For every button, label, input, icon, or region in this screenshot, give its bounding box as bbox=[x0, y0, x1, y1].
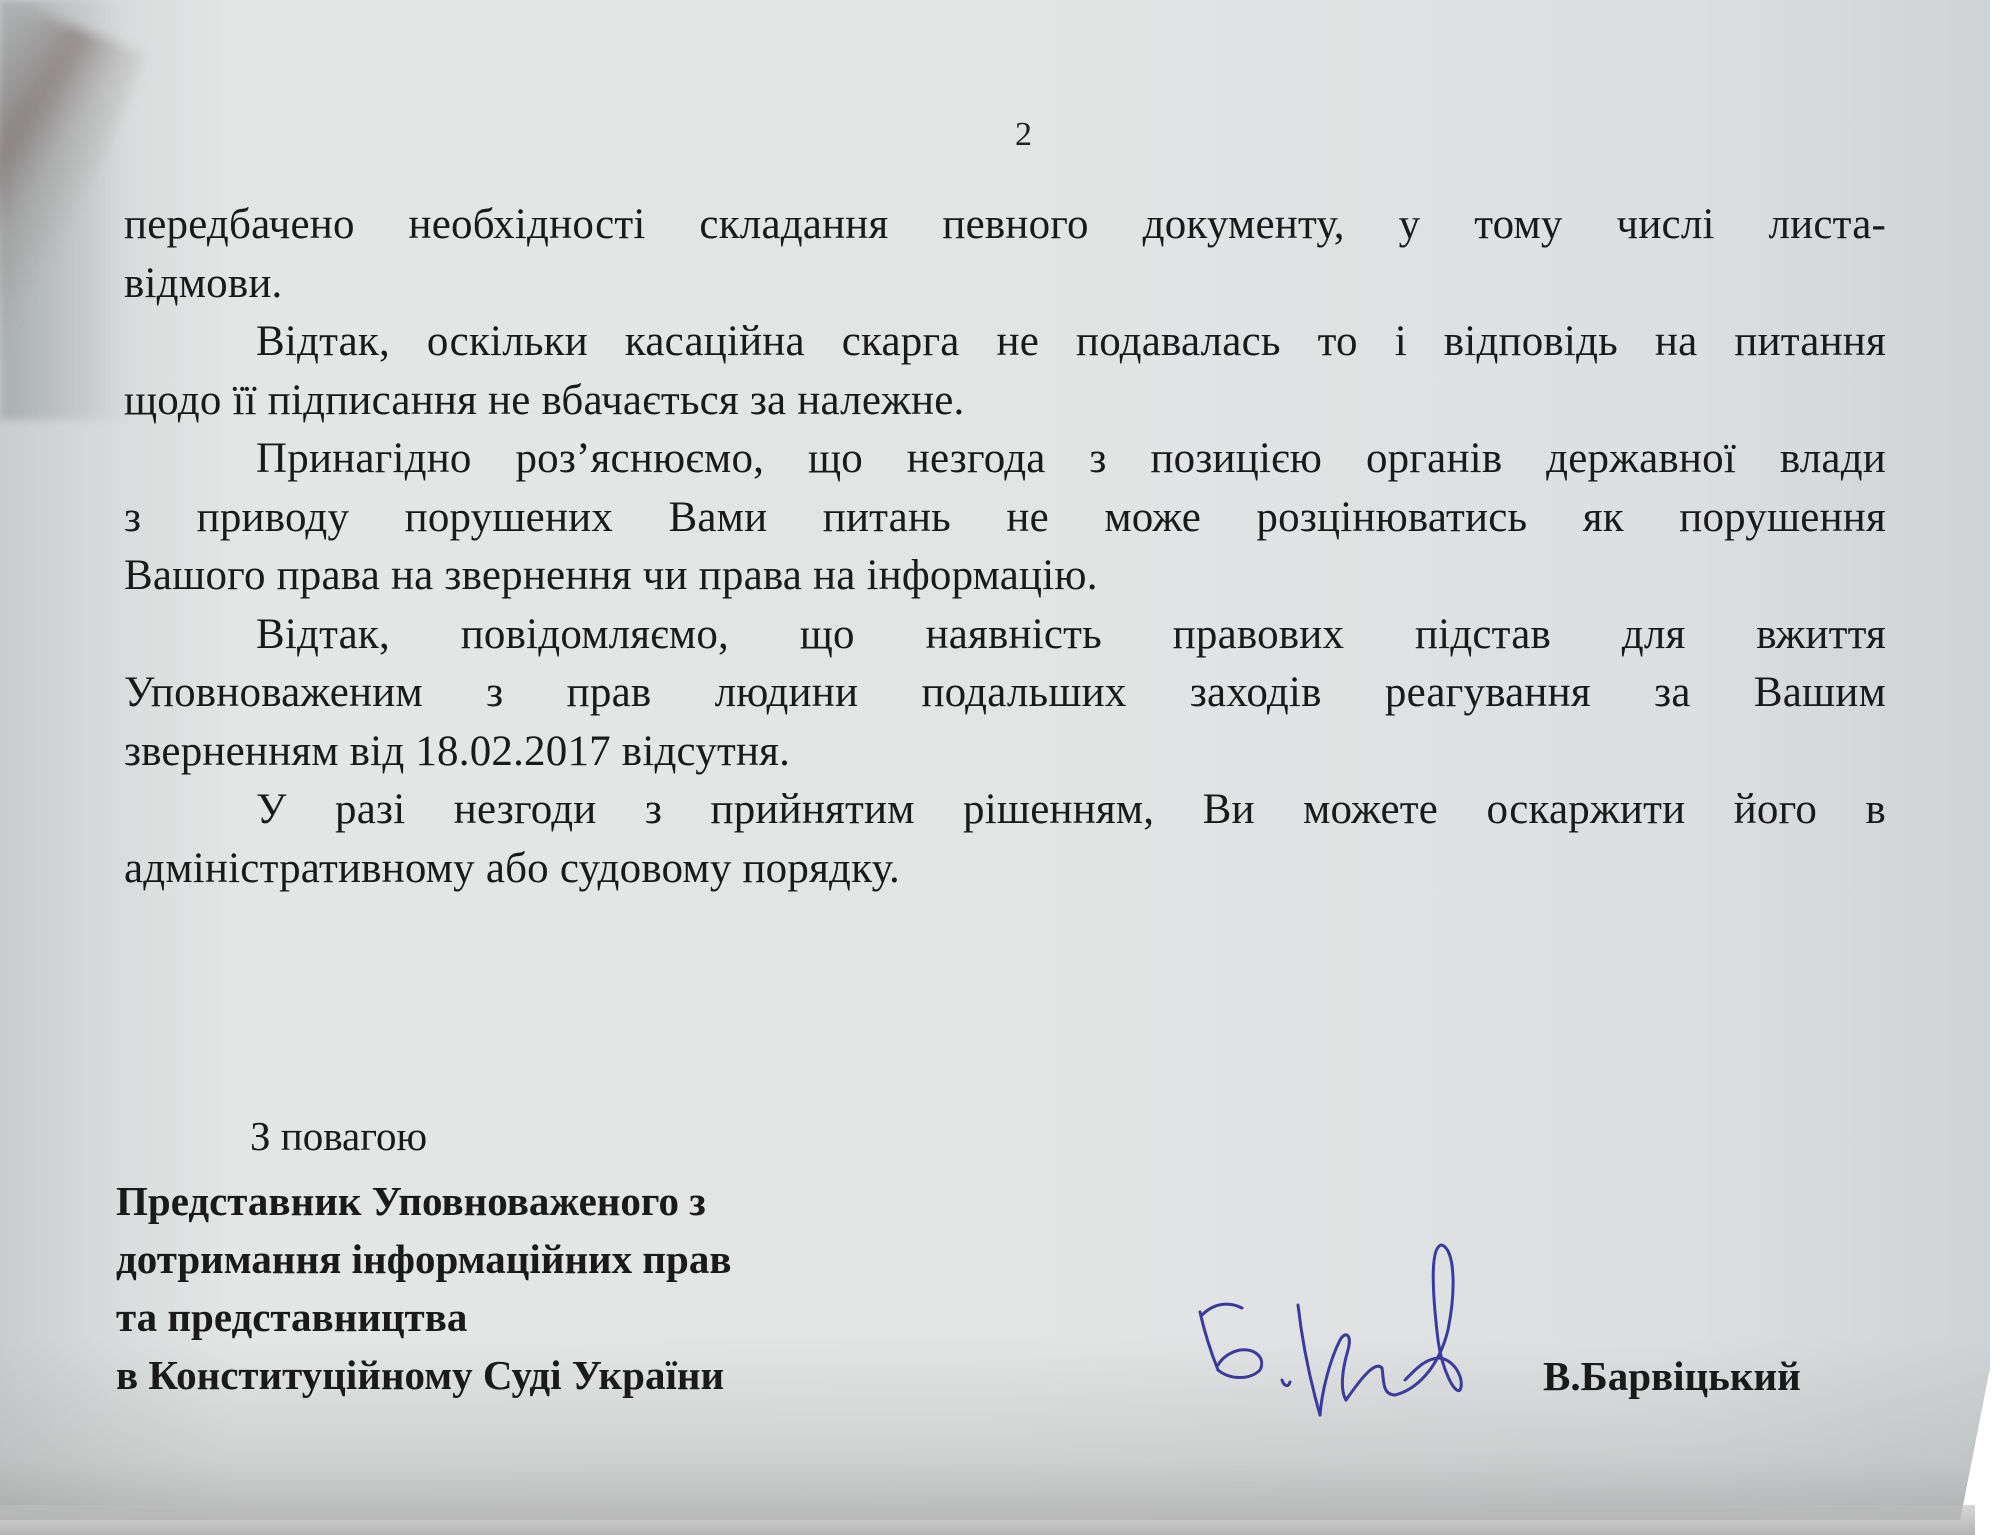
paragraph-5: У разі незгоди з прийнятим рішенням, Ви … bbox=[124, 781, 1886, 898]
text-line: У разі незгоди з прийнятим рішенням, Ви … bbox=[124, 781, 1886, 840]
signatory-title-line: дотримання інформаційних прав bbox=[116, 1230, 732, 1288]
text-line: Відтак, оскільки касаційна скарга не под… bbox=[124, 313, 1886, 372]
letter-body: передбачено необхідності складання певно… bbox=[124, 196, 1886, 898]
text-line: Принагідно роз’яснюємо, що незгода з поз… bbox=[124, 430, 1886, 489]
text-line: зверненням від 18.02.2017 відсутня. bbox=[124, 723, 1886, 782]
signatory-title: Представник Уповноваженого з дотримання … bbox=[116, 1172, 732, 1404]
text-line: адміністративному або судовому порядку. bbox=[124, 840, 1886, 899]
text-line: Вашого права на звернення чи права на ін… bbox=[124, 547, 1886, 606]
text-line: відмови. bbox=[124, 255, 1886, 314]
text-line: Уповноваженим з прав людини подальших за… bbox=[124, 664, 1886, 723]
paragraph-3: Принагідно роз’яснюємо, що незгода з поз… bbox=[124, 430, 1886, 606]
text-line: передбачено необхідності складання певно… bbox=[124, 196, 1886, 255]
text-line: щодо її підписання не вбачається за нале… bbox=[124, 372, 1886, 431]
signatory-title-line: в Конституційному Суді України bbox=[116, 1346, 732, 1404]
signatory-title-line: та представництва bbox=[116, 1288, 732, 1346]
paragraph-2: Відтак, оскільки касаційна скарга не под… bbox=[124, 313, 1886, 430]
text-line: з приводу порушених Вами питань не може … bbox=[124, 489, 1886, 548]
closing-phrase: З повагою bbox=[250, 1112, 427, 1160]
text-line: Відтак, повідомляємо, що наявність право… bbox=[124, 606, 1886, 665]
paragraph-1: передбачено необхідності складання певно… bbox=[124, 196, 1886, 313]
handwritten-signature-icon bbox=[1170, 1230, 1500, 1430]
signer-name: В.Барвіцький bbox=[1543, 1352, 1801, 1400]
paragraph-4: Відтак, повідомляємо, що наявність право… bbox=[124, 606, 1886, 782]
signatory-title-line: Представник Уповноваженого з bbox=[116, 1172, 732, 1230]
letter-page: 2 передбачено необхідності складання пев… bbox=[0, 0, 1999, 1535]
page-number: 2 bbox=[1015, 116, 1032, 154]
